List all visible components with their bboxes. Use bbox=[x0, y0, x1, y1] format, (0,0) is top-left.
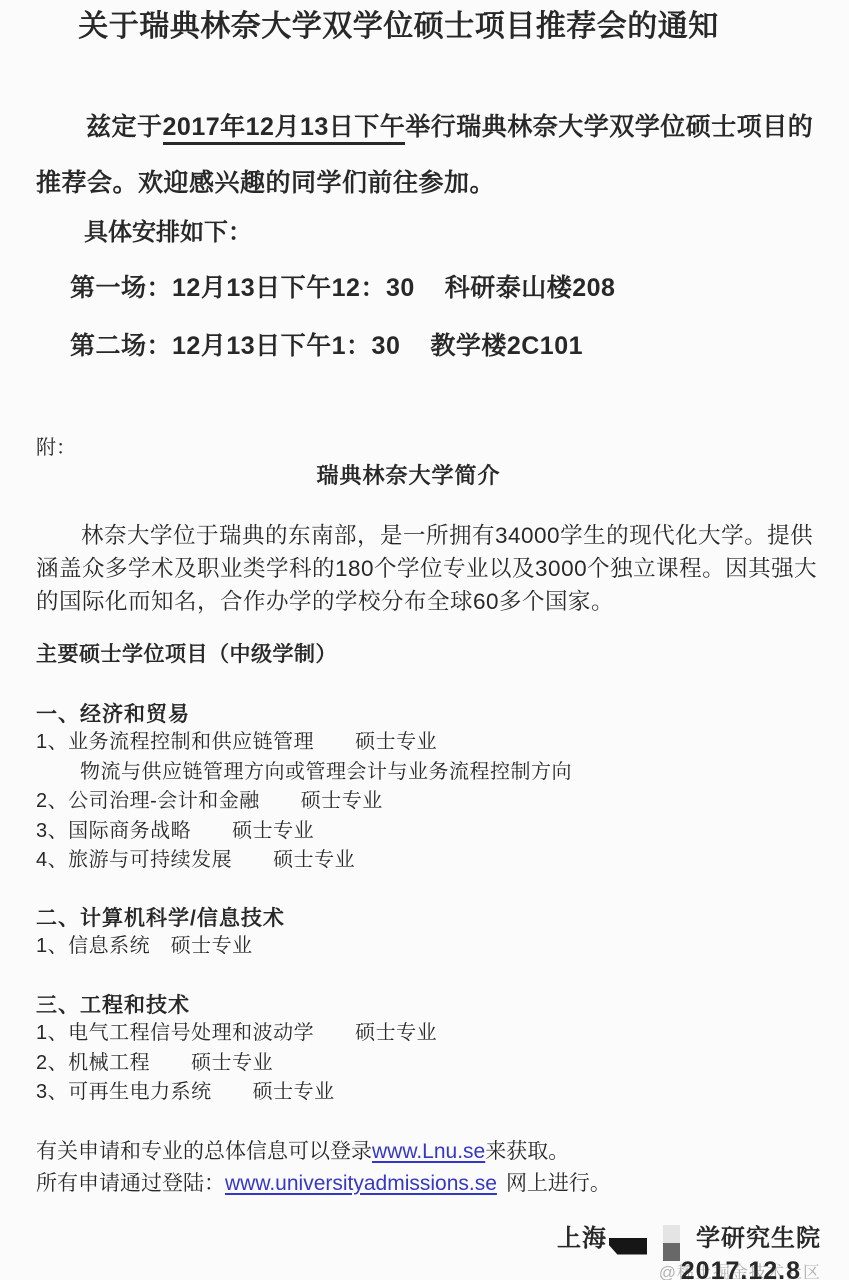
signature-block: 上海 学研究生院 2017.12.8 @稀土掘金技术社区 bbox=[36, 1223, 821, 1280]
link-lnu[interactable]: www.Lnu.se bbox=[372, 1140, 485, 1163]
underlined-date: 2017年12月13日下午 bbox=[163, 113, 406, 145]
session-2-label: 第二场： bbox=[70, 332, 172, 360]
program-item-note: 物流与供应链管理方向或管理会计与业务流程控制方向 bbox=[36, 758, 821, 788]
program-section-title-3: 三、工程和技术 bbox=[36, 992, 821, 1019]
link-1-suffix: 来获取。 bbox=[485, 1140, 569, 1163]
program-item: 3、可再生电力系统 硕士专业 bbox=[36, 1078, 821, 1108]
org-name-prefix: 上海 bbox=[557, 1223, 607, 1255]
attachment-label: 附： bbox=[36, 435, 821, 461]
intro-paragraph: 兹定于2017年12月13日下午举行瑞典林奈大学双学位硕士项目的推荐会。欢迎感兴… bbox=[36, 99, 821, 211]
program-item: 2、公司治理-会计和金融 硕士专业 bbox=[36, 787, 821, 817]
program-item: 1、信息系统 硕士专业 bbox=[36, 932, 821, 962]
program-section-title-1: 一、经济和贸易 bbox=[36, 701, 821, 728]
session-1-location: 科研泰山楼208 bbox=[445, 274, 616, 302]
program-section-title-2: 二、计算机科学/信息技术 bbox=[36, 905, 821, 932]
program-item: 1、电气工程信号处理和波动学 硕士专业 bbox=[36, 1019, 821, 1049]
session-1-label: 第一场： bbox=[70, 274, 172, 302]
program-item: 2、机械工程 硕士专业 bbox=[36, 1049, 821, 1079]
session-2-time: 12月13日下午1：30 bbox=[172, 332, 400, 360]
program-item: 1、业务流程控制和供应链管理 硕士专业 bbox=[36, 728, 821, 758]
programs-heading: 主要硕士学位项目（中级学制） bbox=[36, 641, 821, 668]
session-2-location: 教学楼2C101 bbox=[430, 332, 583, 360]
university-description: 林奈大学位于瑞典的东南部，是一所拥有34000学生的现代化大学。提供涵盖众多学术… bbox=[36, 519, 821, 618]
notice-document: 关于瑞典林奈大学双学位硕士项目推荐会的通知 兹定于2017年12月13日下午举行… bbox=[0, 0, 849, 1280]
attachment-heading: 瑞典林奈大学简介 bbox=[36, 462, 821, 490]
session-1-time: 12月13日下午12：30 bbox=[172, 274, 415, 302]
schedule-heading: 具体安排如下： bbox=[36, 217, 821, 249]
link-2-suffix: 网上进行。 bbox=[506, 1172, 611, 1195]
link-2-prefix: 所有申请通过登陆： bbox=[36, 1172, 225, 1195]
program-item: 3、国际商务战略 硕士专业 bbox=[36, 817, 821, 847]
document-title: 关于瑞典林奈大学双学位硕士项目推荐会的通知 bbox=[36, 0, 821, 47]
redaction-block-black bbox=[609, 1238, 647, 1255]
signature-line: 上海 学研究生院 bbox=[36, 1223, 821, 1261]
link-universityadmissions[interactable]: www.universityadmissions.se bbox=[225, 1172, 497, 1195]
org-name-suffix: 学研究生院 bbox=[696, 1223, 821, 1255]
intro-prefix: 兹定于 bbox=[86, 113, 163, 141]
link-1-prefix: 有关申请和专业的总体信息可以登录 bbox=[36, 1140, 372, 1163]
application-links: 有关申请和专业的总体信息可以登录www.Lnu.se来获取。 所有申请通过登陆：… bbox=[36, 1136, 821, 1200]
link-line-1: 有关申请和专业的总体信息可以登录www.Lnu.se来获取。 bbox=[36, 1136, 821, 1168]
signature-date: 2017.12.8 bbox=[36, 1257, 821, 1280]
session-line-2: 第二场：12月13日下午1：30教学楼2C101 bbox=[36, 331, 821, 361]
session-line-1: 第一场：12月13日下午12：30科研泰山楼208 bbox=[36, 273, 821, 303]
redaction-block-gray bbox=[663, 1225, 680, 1261]
link-line-2: 所有申请通过登陆：www.universityadmissions.se网上进行… bbox=[36, 1168, 821, 1200]
program-item: 4、旅游与可持续发展 硕士专业 bbox=[36, 846, 821, 876]
